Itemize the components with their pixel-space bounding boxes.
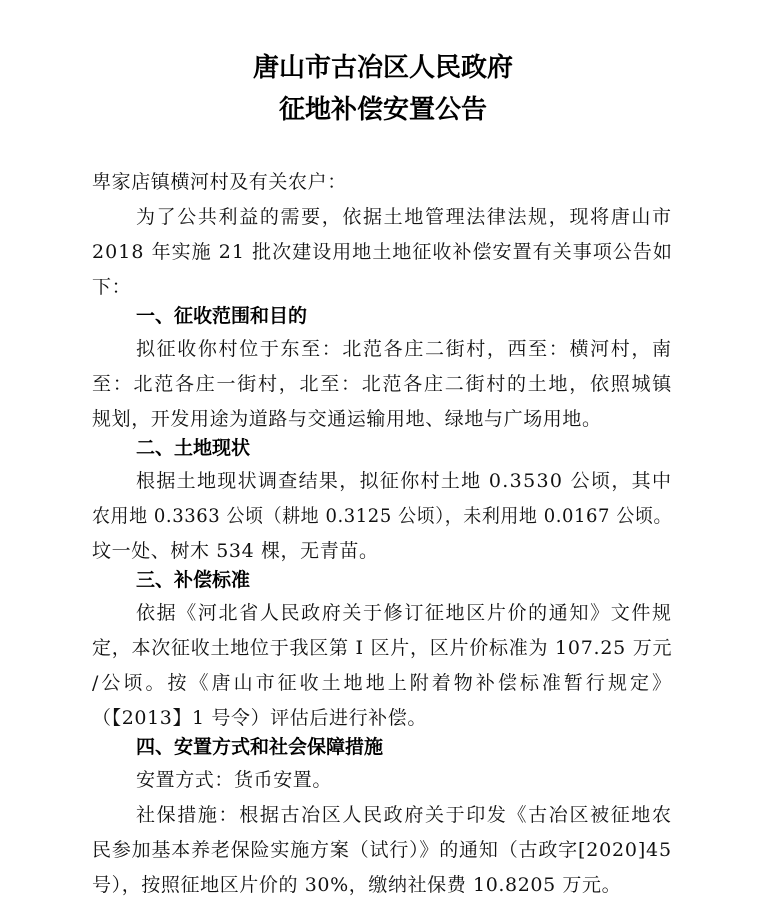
salutation: 卑家店镇横河村及有关农户： [92,170,347,194]
section-4-line-3: 民参加基本养老保险实施方案（试行）》的通知（古政字[2020]45 [92,838,672,862]
intro-line-2: 2018 年实施 21 批次建设用地土地征收补偿安置有关事项公告如 [92,240,673,264]
section-1-line-3: 规划，开发用途为道路与交通运输用地、绿地与广场用地。 [92,407,602,431]
document-title-issuer: 唐山市古冶区人民政府 [0,47,766,84]
intro-line-1: 为了公共利益的需要，依据土地管理法律法规，现将唐山市 [136,205,673,229]
section-heading-resettlement: 四、安置方式和社会保障措施 [136,735,383,759]
section-4-line-4: 号），按照征地区片价的 30%，缴纳社保费 10.8205 万元。 [92,873,621,897]
section-4-line-1: 安置方式：货币安置。 [136,768,332,792]
section-1-line-2: 至：北范各庄一街村，北至：北范各庄二街村的土地，依照城镇 [92,372,673,396]
section-2-line-3: 坟一处、树木 534 棵，无青苗。 [92,539,379,563]
document-title-subject: 征地补偿安置公告 [0,89,766,126]
section-3-line-3: /公顷。按《唐山市征收土地地上附着物补偿标准暂行规定》 [92,671,674,695]
section-3-line-1: 依据《河北省人民政府关于修订征地区片价的通知》文件规 [136,601,673,625]
section-heading-scope: 一、征收范围和目的 [136,304,307,328]
section-heading-land-status: 二、土地现状 [136,436,250,460]
section-2-line-2: 农用地 0.3363 公顷（耕地 0.3125 公顷），未利用地 0.0167 … [92,504,672,528]
intro-line-3: 下： [92,275,131,299]
section-3-line-2: 定，本次征收土地位于我区第 I 区片，区片价标准为 107.25 万元 [92,636,672,660]
section-2-line-1: 根据土地现状调查结果，拟征你村土地 0.3530 公顷，其中 [136,469,672,493]
section-4-line-2: 社保措施：根据古冶区人民政府关于印发《古冶区被征地农 [136,803,673,827]
section-heading-compensation-standard: 三、补偿标准 [136,568,250,592]
announcement-page: 唐山市古冶区人民政府 征地补偿安置公告 卑家店镇横河村及有关农户： 为了公共利益… [0,0,766,906]
section-1-line-1: 拟征收你村位于东至：北范各庄二街村，西至：横河村，南 [136,337,673,361]
section-3-line-4: （【2013】1 号令）评估后进行补偿。 [92,706,427,730]
